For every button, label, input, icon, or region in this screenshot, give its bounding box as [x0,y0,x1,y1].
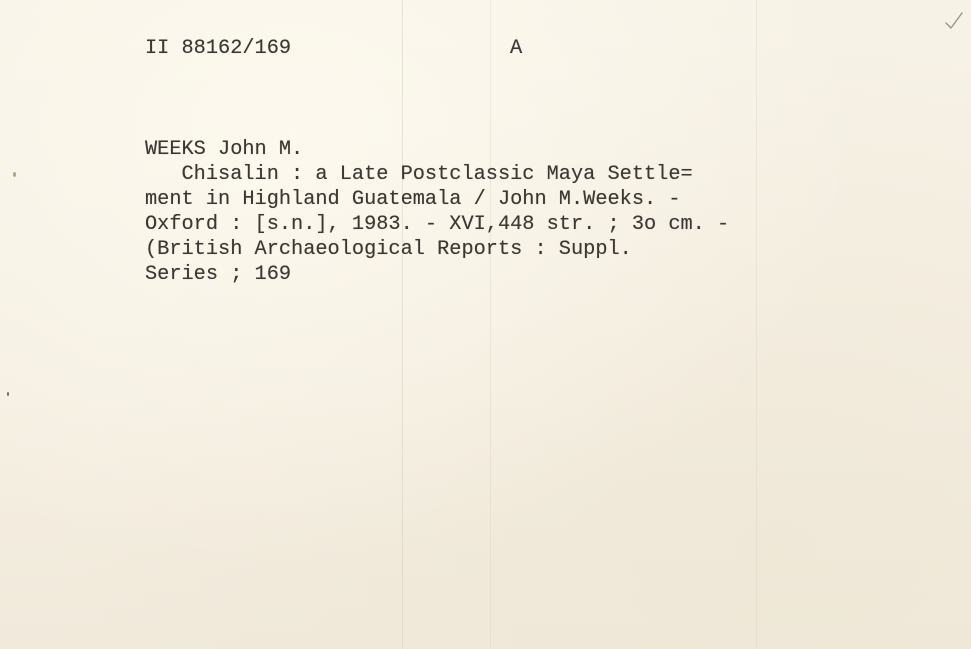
paper-crease [756,0,757,649]
author-heading: WEEKS John M. [145,137,303,162]
paper-crease [402,0,403,649]
checkmark-icon [943,10,965,32]
title-continuation-line: ment in Highland Guatemala / John M.Week… [145,187,681,212]
paper-speck [13,172,16,177]
series-number-line: Series ; 169 [145,262,291,287]
publication-line: Oxford : [s.n.], 1983. - XVI,448 str. ; … [145,212,729,237]
catalog-card: II 88162/169 A WEEKS John M. Chisalin : … [0,0,971,649]
location-mark: A [510,36,522,61]
title-line: Chisalin : a Late Postclassic Maya Settl… [145,162,693,187]
paper-speck [7,392,9,396]
paper-crease [490,0,491,649]
call-number: II 88162/169 [145,36,291,61]
series-line: (British Archaeological Reports : Suppl. [145,237,632,262]
